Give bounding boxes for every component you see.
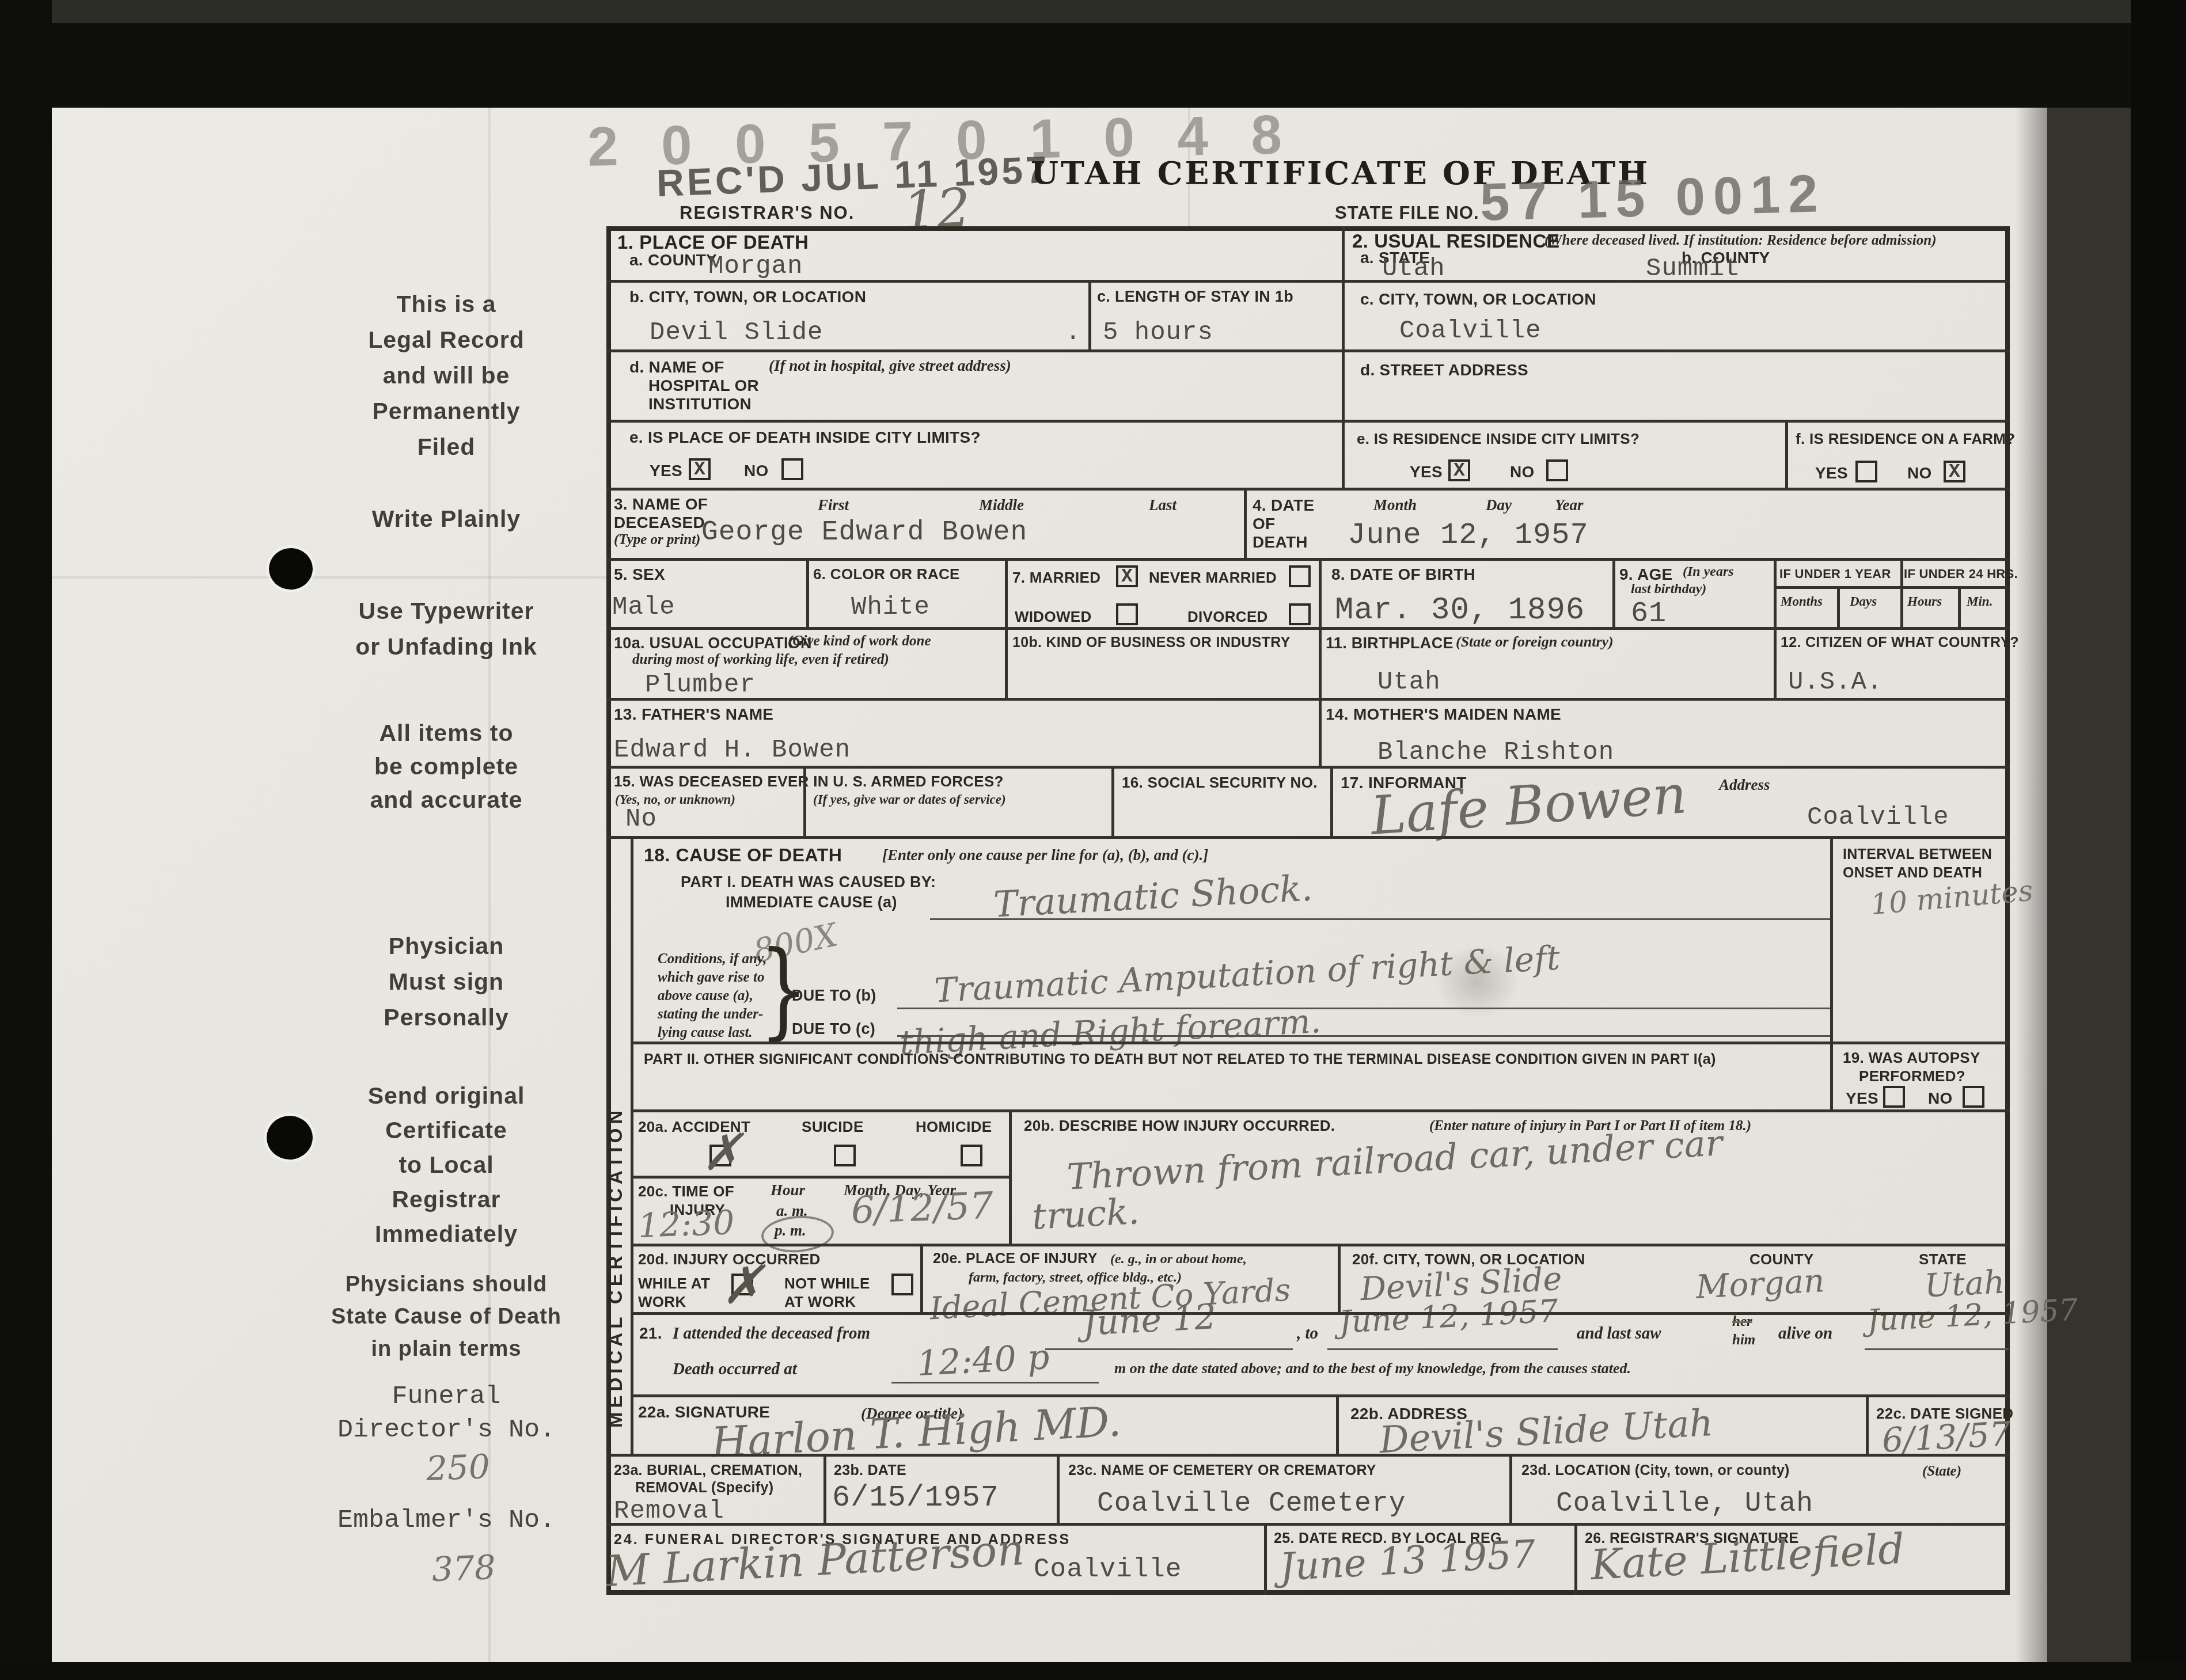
s18-title-note: [Enter only one cause per line for (a), … <box>882 846 1208 864</box>
s1a-label: a. COUNTY <box>629 251 717 269</box>
grid-line <box>631 1394 2010 1397</box>
grid-line <box>1319 627 1322 700</box>
margin-note-write-plainly: Write Plainly <box>314 505 579 533</box>
grid-line <box>606 1454 2010 1457</box>
s18-title: 18. CAUSE OF DEATH <box>644 845 842 866</box>
s23a-label: REMOVAL (Specify) <box>635 1480 773 1496</box>
s20a-suicide-checkbox <box>834 1145 856 1166</box>
s23a-value: Removal <box>614 1497 724 1526</box>
fold-crease-horizontal <box>52 576 606 579</box>
state-file-no-value: 57 15 0012 <box>1479 164 1827 233</box>
s21-her-strikethrough: her <box>1732 1314 1752 1330</box>
s18-immediate-cause-label: IMMEDIATE CAUSE (a) <box>726 894 897 911</box>
cause-underline <box>897 1008 1830 1009</box>
s18-conditions-note: Conditions, if any, <box>658 951 766 967</box>
s19-yes-checkbox <box>1883 1086 1905 1108</box>
s7-married-label: 7. MARRIED <box>1012 569 1100 587</box>
s20b-value: truck. <box>1031 1190 1140 1238</box>
s20d-notwhile-label: AT WORK <box>784 1293 856 1311</box>
s21-deathtime-value: 12:40 p <box>916 1337 1050 1384</box>
margin-note-send: Immediately <box>314 1221 579 1248</box>
grid-line <box>1336 1394 1339 1455</box>
grid-line <box>631 1244 2010 1246</box>
s7-widowed-label: WIDOWED <box>1015 608 1092 626</box>
s1e-label: e. IS PLACE OF DEATH INSIDE CITY LIMITS? <box>629 428 981 447</box>
grid-line <box>1774 558 1777 629</box>
margin-note-typewriter: Use Typewriter <box>314 598 579 625</box>
s1b-period: . <box>1065 318 1081 347</box>
scan-background-top <box>0 0 2186 23</box>
margin-note-legal: Legal Record <box>314 326 579 354</box>
s18-part1-label: PART I. DEATH WAS CAUSED BY: <box>681 873 936 891</box>
grid-line <box>1958 586 1961 629</box>
s7-married-checkbox: X <box>1116 565 1138 587</box>
s20a-suicide-label: SUICIDE <box>802 1118 864 1136</box>
s2f-no-label: NO <box>1907 464 1932 482</box>
grid-line <box>606 349 2010 352</box>
s20d-while-mark: ✗ <box>720 1255 765 1317</box>
s9-note: (In years <box>1683 564 1734 580</box>
grid-line <box>606 766 2010 769</box>
grid-line <box>1837 586 1840 629</box>
s1b-value: Devil Slide <box>650 318 823 347</box>
s23b-label: 23b. DATE <box>834 1462 906 1479</box>
s18-part2-label: PART II. OTHER SIGNIFICANT CONDITIONS CO… <box>644 1051 1716 1068</box>
margin-note-complete: be complete <box>314 753 579 780</box>
s9-note: last birthday) <box>1631 581 1706 597</box>
s3-last-header: Last <box>1149 496 1177 514</box>
grid-line <box>803 766 806 838</box>
s9-value: 61 <box>1631 598 1667 630</box>
s21-from-value: June 12 <box>1081 1297 1217 1344</box>
s7-divorced-checkbox <box>1289 603 1311 625</box>
s2e-label: e. IS RESIDENCE INSIDE CITY LIMITS? <box>1357 430 1639 448</box>
grid-line <box>606 558 2010 561</box>
s1e-no-label: NO <box>744 462 769 480</box>
s11-value: Utah <box>1377 668 1441 697</box>
s20a-homicide-label: HOMICIDE <box>916 1118 992 1136</box>
s1d-note: (If not in hospital, give street address… <box>769 357 1011 375</box>
grid-line <box>631 836 633 1455</box>
s7-widowed-checkbox <box>1116 603 1138 625</box>
margin-note-send: Certificate <box>314 1117 579 1144</box>
margin-note-plain-terms: Physicians should <box>314 1272 579 1297</box>
s23d-label: 23d. LOCATION (City, town, or county) <box>1521 1462 1790 1479</box>
s15-value: No <box>625 805 657 834</box>
s15-label: 15. WAS DECEASED EVER IN U. S. ARMED FOR… <box>614 773 1004 790</box>
grid-line <box>606 836 2010 839</box>
grid-line <box>1005 558 1008 629</box>
s23b-value: 6/15/1957 <box>832 1481 999 1515</box>
grid-line <box>1900 558 1903 629</box>
s21-text: m on the date stated above; and to the b… <box>1114 1360 1631 1377</box>
s23c-label: 23c. NAME OF CEMETERY OR CREMATORY <box>1068 1462 1376 1479</box>
scan-background-right-edge <box>2131 0 2186 1680</box>
s24-address-value: Coalville <box>1034 1554 1182 1584</box>
s1c-label: c. LENGTH OF STAY IN 1b <box>1097 288 1293 306</box>
s1c-value: 5 hours <box>1103 318 1213 347</box>
grid-line <box>1866 1394 1869 1455</box>
funeral-director-no-value: 250 <box>426 1447 491 1488</box>
s23d-value: Coalville, Utah <box>1556 1488 1813 1519</box>
s20c-date-value: 6/12/57 <box>851 1185 994 1233</box>
s10a-label: 10a. USUAL OCCUPATION <box>614 634 812 652</box>
s7-never-married-checkbox <box>1289 565 1311 587</box>
grid-line <box>1057 1454 1060 1525</box>
s21-text: alive on <box>1778 1324 1832 1343</box>
s2e-no-checkbox <box>1546 459 1568 481</box>
s2e-no-label: NO <box>1510 463 1535 481</box>
s9-hours-label: Hours <box>1907 594 1942 609</box>
grid-line <box>1330 766 1333 838</box>
grid-line <box>1111 766 1114 838</box>
funeral-director-no-label: Director's No. <box>314 1415 579 1445</box>
s3-value: George Edward Bowen <box>701 517 1027 548</box>
s4-value: June 12, 1957 <box>1348 518 1589 552</box>
s20d-while-label: WORK <box>638 1293 686 1311</box>
s21-underline <box>1045 1348 1293 1350</box>
s19-yes-label: YES <box>1846 1089 1878 1108</box>
grid-line <box>1785 420 1788 489</box>
s10a-note: (Give kind of work done <box>788 633 931 649</box>
grid-line <box>1574 1523 1577 1595</box>
margin-note-typewriter: or Unfading Ink <box>314 633 579 660</box>
s7-divorced-label: DIVORCED <box>1187 608 1268 626</box>
s2-title-note: (Where deceased lived. If institution: R… <box>1544 233 1936 249</box>
margin-note-legal: This is a <box>314 291 579 318</box>
scan-background-bottom <box>0 1662 2186 1680</box>
s21-underline <box>891 1382 1099 1383</box>
s2f-yes-checkbox <box>1855 461 1877 482</box>
s20a-homicide-checkbox <box>961 1145 982 1166</box>
s20f-county-value: Morgan <box>1695 1262 1825 1306</box>
s20c-hour-label: Hour <box>771 1181 805 1199</box>
funeral-director-no-label: Funeral <box>314 1382 579 1411</box>
s9-under24-label: IF UNDER 24 HRS. <box>1904 567 2018 581</box>
s2e-yes-label: YES <box>1410 463 1443 481</box>
s17-address-value: Coalville <box>1807 803 1949 832</box>
margin-note-physician: Personally <box>314 1004 579 1031</box>
s14-label: 14. MOTHER'S MAIDEN NAME <box>1326 705 1561 724</box>
s21-number: 21. <box>639 1324 662 1343</box>
s17-address-label: Address <box>1719 776 1770 794</box>
grid-line <box>606 627 2010 630</box>
margin-note-plain-terms: in plain terms <box>314 1337 579 1362</box>
s18-conditions-note: stating the under- <box>658 1006 763 1023</box>
grid-line <box>1088 280 1091 351</box>
grid-line <box>1319 698 1322 767</box>
s6-value: White <box>851 593 930 622</box>
s5-label: 5. SEX <box>614 565 665 584</box>
s20e-label: 20e. PLACE OF INJURY <box>933 1251 1098 1267</box>
s21-text: I attended the deceased from <box>673 1324 870 1343</box>
grid-line <box>606 1523 2010 1526</box>
s2a-value: Utah <box>1382 254 1445 283</box>
s2f-no-checkbox: X <box>1944 461 1965 482</box>
death-certificate-scan: 2 0 0 5 7 0 1 0 4 8 REC'D JUL 11 1957 RE… <box>0 0 2186 1680</box>
grid-line <box>1509 1454 1512 1525</box>
s18-conditions-note: which gave rise to <box>658 970 764 986</box>
s21-text: Death occurred at <box>673 1360 797 1379</box>
embalmer-no-value: 378 <box>431 1548 496 1589</box>
s12-label: 12. CITIZEN OF WHAT COUNTRY? <box>1781 634 2019 651</box>
grid-line <box>1319 558 1322 629</box>
s7-never-married-label: NEVER MARRIED <box>1149 569 1277 587</box>
s8-value: Mar. 30, 1896 <box>1335 593 1585 628</box>
s1e-no-checkbox <box>781 458 803 480</box>
s13-label: 13. FATHER'S NAME <box>614 705 773 724</box>
punch-hole-bottom <box>267 1116 313 1160</box>
grid-line <box>606 420 2010 423</box>
s1b-label: b. CITY, TOWN, OR LOCATION <box>629 288 866 306</box>
s20b-label: 20b. DESCRIBE HOW INJURY OCCURRED. <box>1024 1117 1335 1135</box>
margin-note-legal: Filed <box>314 434 579 461</box>
grid-line <box>1005 627 1008 700</box>
s23c-value: Coalville Cemetery <box>1097 1488 1406 1519</box>
margin-note-legal: Permanently <box>314 398 579 425</box>
margin-note-complete: All items to <box>314 720 579 747</box>
s20c-time-value: 12:30 <box>637 1203 735 1245</box>
s16-label: 16. SOCIAL SECURITY NO. <box>1122 774 1318 792</box>
s20d-while-label: WHILE AT <box>638 1275 710 1293</box>
margin-note-physician: Must sign <box>314 968 579 995</box>
grid-line <box>1264 1523 1267 1595</box>
grid-line <box>1009 1109 1012 1245</box>
grid-line <box>606 280 2010 283</box>
s18-interval-label: ONSET AND DEATH <box>1843 865 1982 881</box>
margin-note-complete: and accurate <box>314 786 579 814</box>
s21-text: , to <box>1297 1324 1318 1343</box>
s18-conditions-note: lying cause last. <box>658 1025 753 1041</box>
s21-underline <box>1865 1348 2009 1350</box>
cause-underline <box>930 918 1830 920</box>
embalmer-no-label: Embalmer's No. <box>314 1506 579 1535</box>
s2e-yes-checkbox: X <box>1448 459 1470 481</box>
s18-due-b-label: DUE TO (b) <box>792 987 876 1005</box>
grid-line <box>1774 586 2010 589</box>
s1e-yes-label: YES <box>650 462 682 480</box>
grid-line <box>823 1454 826 1525</box>
grid-line <box>806 558 809 629</box>
s19-no-checkbox <box>1963 1086 1984 1108</box>
s3-middle-header: Middle <box>979 496 1024 514</box>
s2c-value: Coalville <box>1399 317 1542 345</box>
s21-him: him <box>1732 1332 1755 1348</box>
s20d-notwhile-label: NOT WHILE <box>784 1275 870 1293</box>
grid-line <box>631 1109 2010 1112</box>
grid-line <box>606 488 2010 491</box>
s2b-value: Summit <box>1646 254 1740 283</box>
s19-label: PERFORMED? <box>1859 1067 1965 1085</box>
s3-label: 3. NAME OF <box>614 495 708 514</box>
s1a-value: Morgan <box>708 252 803 281</box>
s19-no-label: NO <box>1928 1089 1953 1108</box>
s2d-label: d. STREET ADDRESS <box>1360 361 1528 379</box>
s4-label: 4. DATE <box>1253 496 1314 515</box>
s1-title: 1. PLACE OF DEATH <box>617 231 809 253</box>
s3-first-header: First <box>818 496 849 514</box>
s2f-label: f. IS RESIDENCE ON A FARM? <box>1796 430 2015 448</box>
s21-text: and last saw <box>1577 1324 1661 1343</box>
s18-due-c-label: DUE TO (c) <box>792 1020 875 1038</box>
s20c-label: 20c. TIME OF <box>638 1183 734 1200</box>
medical-certification-vertical-label: MEDICAL CERTIFICATION <box>605 921 627 1428</box>
s18-interval-label: INTERVAL BETWEEN <box>1843 846 1992 863</box>
s10a-note: during most of working life, even if ret… <box>632 652 889 668</box>
grid-line <box>1338 1244 1341 1314</box>
s22c-date-value: 6/13/57 <box>1881 1414 2012 1460</box>
s19-label: 19. WAS AUTOPSY <box>1843 1049 1980 1067</box>
s9-months-label: Months <box>1781 594 1823 609</box>
s14-value: Blanche Rishton <box>1377 738 1614 767</box>
grid-line <box>1774 627 1777 700</box>
s1d-label: INSTITUTION <box>648 395 752 413</box>
s2c-label: c. CITY, TOWN, OR LOCATION <box>1360 290 1596 309</box>
margin-note-send: Send original <box>314 1082 579 1109</box>
grid-line <box>1244 488 1247 560</box>
punch-hole-top <box>269 548 313 590</box>
grid-line <box>631 1176 1009 1179</box>
s3-label: DECEASED <box>614 514 705 532</box>
grid-line <box>1830 836 1833 1111</box>
margin-note-physician: Physician <box>314 933 579 960</box>
margin-note-send: to Local <box>314 1151 579 1179</box>
state-file-no-label: STATE FILE NO. <box>1335 203 1479 223</box>
s3-type-note: (Type or print) <box>614 532 700 548</box>
s21-underline <box>1327 1348 1558 1350</box>
s18-conditions-note: above cause (a), <box>658 988 753 1004</box>
margin-note-legal: and will be <box>314 362 579 389</box>
s11-label: 11. BIRTHPLACE <box>1326 634 1453 652</box>
s20a-accident-mark: ✗ <box>700 1123 744 1182</box>
s1d-label: d. NAME OF <box>629 358 724 377</box>
s6-label: 6. COLOR OR RACE <box>813 565 960 583</box>
s15-note2: (If yes, give war or dates of service) <box>813 792 1006 807</box>
s1d-label: HOSPITAL OR <box>648 377 759 395</box>
s4-year-header: Year <box>1555 496 1584 514</box>
s11-note: (State or foreign country) <box>1456 633 1614 651</box>
s10b-label: 10b. KIND OF BUSINESS OR INDUSTRY <box>1012 634 1291 651</box>
s4-day-header: Day <box>1486 496 1512 514</box>
s5-value: Male <box>612 593 675 622</box>
s9-days-label: Days <box>1850 594 1877 609</box>
grid-line <box>631 1312 2010 1315</box>
cause-underline <box>897 1035 1830 1037</box>
s4-label: DEATH <box>1253 533 1308 552</box>
grid-line <box>1342 226 1345 489</box>
grid-line <box>1612 558 1615 629</box>
grid-line <box>606 698 2010 701</box>
registrar-no-label: REGISTRAR'S NO. <box>680 203 855 223</box>
s2f-yes-label: YES <box>1815 464 1848 482</box>
s8-label: 8. DATE OF BIRTH <box>1331 565 1475 584</box>
s1e-yes-checkbox: X <box>689 458 711 480</box>
s12-value: U.S.A. <box>1788 668 1883 697</box>
s10a-value: Plumber <box>645 671 756 700</box>
s9-under1-label: IF UNDER 1 YEAR <box>1779 567 1891 581</box>
margin-note-send: Registrar <box>314 1186 579 1213</box>
grid-line <box>920 1244 923 1314</box>
s4-label: OF <box>1253 515 1275 533</box>
s13-value: Edward H. Bowen <box>614 736 851 765</box>
scan-background-left <box>0 0 52 1680</box>
scan-background-band <box>0 23 2186 108</box>
s4-month-header: Month <box>1373 496 1417 514</box>
s9-min-label: Min. <box>1967 594 1993 609</box>
grid-line <box>631 1042 2010 1044</box>
s23d-state-note: (State) <box>1922 1464 1961 1480</box>
margin-note-plain-terms: State Cause of Death <box>314 1305 579 1329</box>
s23a-label: 23a. BURIAL, CREMATION, <box>614 1462 802 1479</box>
s20d-notwhile-checkbox <box>891 1274 913 1295</box>
s20e-note: (e. g., in or about home, <box>1110 1252 1247 1267</box>
